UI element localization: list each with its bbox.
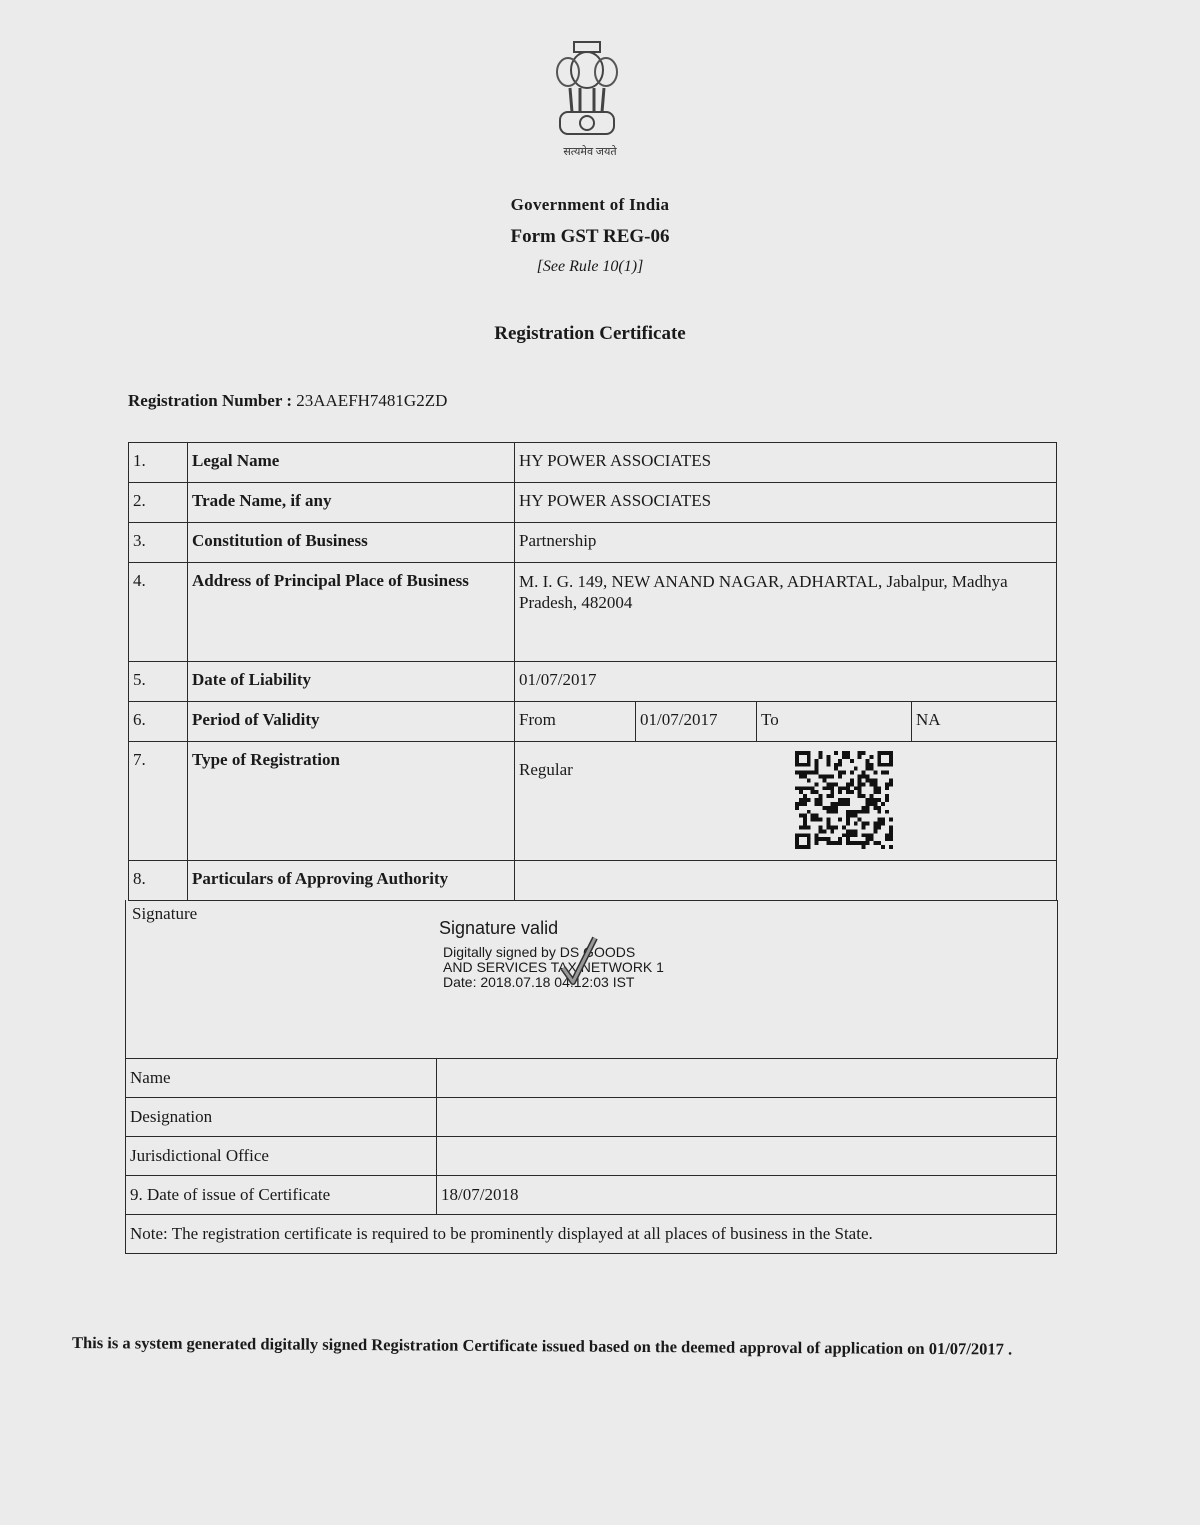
form-title: Form GST REG-06	[0, 226, 1180, 248]
row-label: Constitution of Business	[188, 523, 515, 563]
registration-number: Registration Number : 23AAEFH7481G2ZD	[128, 391, 447, 411]
designation-value	[437, 1098, 1057, 1137]
system-generated-footer: This is a system generated digitally sig…	[72, 1333, 1102, 1360]
validity-to-label: To	[757, 702, 912, 742]
row-label: Address of Principal Place of Business	[188, 563, 515, 662]
signature-date: Date: 2018.07.18 04:12:03 IST	[443, 975, 664, 990]
row-label: Date of Liability	[188, 662, 515, 702]
table-row: 9. Date of issue of Certificate 18/07/20…	[126, 1176, 1057, 1215]
table-row: 8. Particulars of Approving Authority	[129, 861, 1057, 901]
table-row: Name	[126, 1059, 1057, 1098]
rule-reference: [See Rule 10(1)]	[0, 258, 1180, 276]
row-number: 4.	[129, 563, 188, 662]
signature-details: Digitally signed by DS GOODS AND SERVICE…	[443, 945, 664, 990]
table-row: Jurisdictional Office	[126, 1137, 1057, 1176]
issue-date-value: 18/07/2018	[437, 1176, 1057, 1215]
table-row: Designation	[126, 1098, 1057, 1137]
signature-signer-org: AND SERVICES TAX NETWORK 1	[443, 960, 664, 975]
registration-number-value: 23AAEFH7481G2ZD	[296, 391, 447, 410]
table-row: 2. Trade Name, if any HY POWER ASSOCIATE…	[129, 483, 1057, 523]
table-row: 3. Constitution of Business Partnership	[129, 523, 1057, 563]
jurisdictional-office-label: Jurisdictional Office	[126, 1137, 437, 1176]
signature-status: Signature valid	[439, 918, 664, 939]
designation-label: Designation	[126, 1098, 437, 1137]
issue-date-label: 9. Date of issue of Certificate	[126, 1176, 437, 1215]
validity-from-label: From	[515, 702, 636, 742]
address-value: M. I. G. 149, NEW ANAND NAGAR, ADHARTAL,…	[515, 563, 1057, 662]
date-of-liability-value: 01/07/2017	[515, 662, 1057, 702]
row-number: 8.	[129, 861, 188, 901]
row-number: 5.	[129, 662, 188, 702]
table-row: Note: The registration certificate is re…	[126, 1215, 1057, 1254]
government-title: Government of India	[0, 195, 1180, 215]
row-label: Type of Registration	[188, 742, 515, 861]
legal-name-value: HY POWER ASSOCIATES	[515, 443, 1057, 483]
validity-to-value: NA	[912, 702, 1057, 742]
signature-label: Signature	[132, 904, 197, 924]
registration-type-value: Regular	[519, 760, 573, 779]
row-number: 3.	[129, 523, 188, 563]
table-row: 4. Address of Principal Place of Busines…	[129, 563, 1057, 662]
table-row: 5. Date of Liability 01/07/2017	[129, 662, 1057, 702]
row-label: Legal Name	[188, 443, 515, 483]
authority-table: Name Designation Jurisdictional Office 9…	[125, 1058, 1057, 1254]
details-table: 1. Legal Name HY POWER ASSOCIATES 2. Tra…	[128, 442, 1057, 901]
registration-type-cell: Regular	[515, 742, 1057, 861]
table-row: 7. Type of Registration Regular	[129, 742, 1057, 861]
row-label: Particulars of Approving Authority	[188, 861, 515, 901]
table-row: 1. Legal Name HY POWER ASSOCIATES	[129, 443, 1057, 483]
signature-signer: Digitally signed by DS GOODS	[443, 945, 664, 960]
authority-name-value	[437, 1059, 1057, 1098]
row-label: Period of Validity	[188, 702, 515, 742]
trade-name-value: HY POWER ASSOCIATES	[515, 483, 1057, 523]
national-emblem-icon	[552, 40, 622, 138]
certificate-title: Registration Certificate	[0, 323, 1180, 345]
row-label: Trade Name, if any	[188, 483, 515, 523]
display-note: Note: The registration certificate is re…	[126, 1215, 1057, 1254]
constitution-value: Partnership	[515, 523, 1057, 563]
validity-from-value: 01/07/2017	[636, 702, 757, 742]
row-number: 6.	[129, 702, 188, 742]
row-number: 1.	[129, 443, 188, 483]
row-number: 7.	[129, 742, 188, 861]
signature-section: Signature Signature valid Digitally sign…	[125, 900, 1058, 1059]
motto: सत्यमेव जयते	[520, 144, 660, 159]
checkmark-icon	[559, 930, 599, 990]
jurisdictional-office-value	[437, 1137, 1057, 1176]
qr-code-icon	[795, 750, 893, 850]
digital-signature-stamp: Signature valid Digitally signed by DS G…	[439, 918, 664, 990]
table-row: 6. Period of Validity From 01/07/2017 To…	[129, 702, 1057, 742]
approving-authority-value	[515, 861, 1057, 901]
authority-name-label: Name	[126, 1059, 437, 1098]
registration-number-label: Registration Number :	[128, 391, 292, 410]
row-number: 2.	[129, 483, 188, 523]
